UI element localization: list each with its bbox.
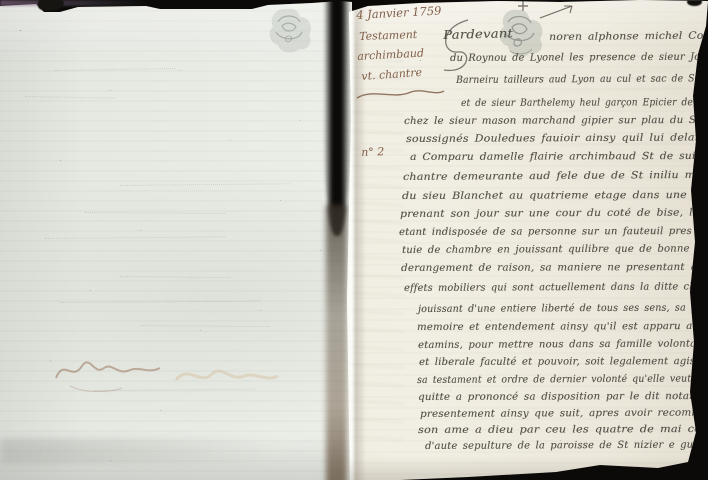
handwriting-line: Pardevant bbox=[443, 27, 513, 43]
handwriting-line: Barneiru tailleurs aud Lyon au cul et sa… bbox=[456, 73, 708, 86]
handwriting-line: a Comparu damelle flairie archimbaud St … bbox=[410, 151, 708, 164]
handwriting-line: prenant son jour sur une cour du coté de… bbox=[400, 207, 708, 220]
faint-signature-mark bbox=[52, 348, 164, 394]
paper-specks bbox=[420, 60, 421, 61]
handwriting-line: chez le sieur mason marchand gipier sur … bbox=[404, 115, 708, 128]
faint-stamp-icon bbox=[262, 4, 316, 60]
left-page-gray-wash bbox=[0, 438, 268, 464]
handwriting-line: soussignés Douledues fauioir ainsy quil … bbox=[406, 132, 708, 145]
handwriting-line: d'aute sepulture de la paroisse de St ni… bbox=[425, 439, 708, 452]
handwriting-line: etant indisposée de sa personne sur un f… bbox=[399, 226, 708, 239]
handwriting-line: etamins, pour mettre nous dans sa famill… bbox=[418, 338, 708, 351]
handwriting-line: jouissant d'une entiere liberté de tous … bbox=[418, 302, 708, 315]
handwriting-line: presentement ainsy que suit, apres avoir… bbox=[420, 407, 708, 420]
ink-blot bbox=[38, 0, 64, 11]
handwriting-line: effets mobiliers qui sont actuellement d… bbox=[404, 281, 708, 294]
handwriting-line: memoire et entendement ainsy qu'il est a… bbox=[417, 321, 708, 334]
handwriting-line: tuie de chambre en jouissant quilibre qu… bbox=[402, 243, 708, 256]
handwriting-line: quitte a prononcé sa disposition par le … bbox=[418, 391, 708, 404]
handwriting-line: chantre demeurante aud fele due de St in… bbox=[403, 170, 708, 184]
handwriting-line: du Roynou de Lyonel les presence de sieu… bbox=[450, 51, 708, 64]
handwriting-line: son ame a dieu par ceu les quatre de mai… bbox=[418, 424, 708, 437]
handwriting-line: et liberale faculté et pouvoir, soit leg… bbox=[419, 356, 708, 369]
binding-gutter-stain bbox=[326, 205, 347, 480]
handwriting-line: du sieu Blanchet au quatrieme etage dans… bbox=[402, 190, 708, 203]
handwriting-line: noren alphonse michel Courts bbox=[549, 30, 708, 43]
faint-scrawl-mark bbox=[172, 352, 282, 402]
top-edge-tint bbox=[0, 0, 152, 6]
paper-specks bbox=[20, 30, 21, 31]
handwriting-line: sa testament et ordre de dernier volonté… bbox=[417, 373, 708, 386]
manuscript-photo: 4 Janvier 1759 Testament archimbaud vt. … bbox=[0, 0, 708, 480]
handwriting-line: et de sieur Barthelemy heul garçon Epici… bbox=[461, 97, 708, 109]
binding-gutter bbox=[324, 0, 350, 236]
handwriting-line: derangement de raison, sa maniere ne pre… bbox=[401, 262, 708, 275]
